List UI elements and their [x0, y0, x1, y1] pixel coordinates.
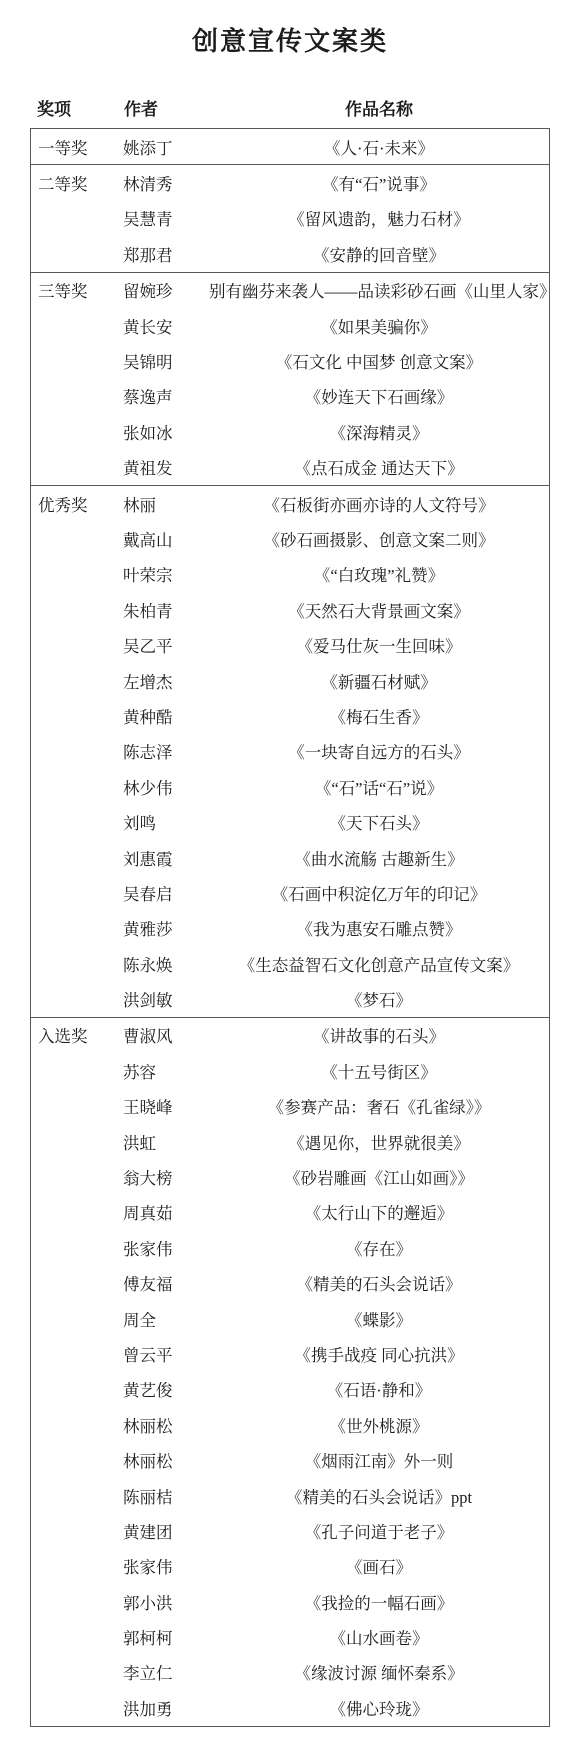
table-row: 洪虹《遇见你，世界就很美》 — [31, 1124, 549, 1159]
author-cell: 黄雅莎 — [121, 916, 209, 940]
work-cell: 《画石》 — [209, 1554, 549, 1578]
work-cell: 《遇见你，世界就很美》 — [209, 1130, 549, 1154]
table-header-row: 奖项 作者 作品名称 — [30, 100, 550, 120]
author-cell: 洪剑敏 — [121, 987, 209, 1011]
work-cell: 《我为惠安石雕点赞》 — [209, 916, 549, 940]
header-work: 作品名称 — [208, 100, 550, 120]
author-cell: 苏容 — [121, 1059, 209, 1083]
table-row: 黄种酷《梅石生香》 — [31, 698, 549, 733]
work-cell: 《“白玫瑰”礼赞》 — [209, 562, 549, 586]
author-cell: 王晓峰 — [121, 1094, 209, 1118]
table-row: 吴春启《石画中积淀亿万年的印记》 — [31, 875, 549, 910]
table-row: 黄长安《如果美骗你》 — [31, 308, 549, 343]
work-cell: 《点石成金 通达天下》 — [209, 455, 549, 479]
author-cell: 戴高山 — [121, 527, 209, 551]
author-cell: 周真茹 — [121, 1200, 209, 1224]
work-cell: 《安静的回音壁》 — [209, 242, 549, 266]
table-row: 优秀奖林丽《石板街亦画亦诗的人文符号》 — [31, 486, 549, 521]
table-row: 林丽松《世外桃源》 — [31, 1407, 549, 1442]
table-row: 翁大榜《砂岩雕画《江山如画》》 — [31, 1159, 549, 1194]
author-cell: 陈丽桔 — [121, 1484, 209, 1508]
work-cell: 《世外桃源》 — [209, 1413, 549, 1437]
award-cell: 三等奖 — [31, 278, 121, 302]
work-cell: 《石画中积淀亿万年的印记》 — [209, 881, 549, 905]
table-row: 王晓峰《参赛产品：奢石《孔雀绿》》 — [31, 1089, 549, 1124]
author-cell: 曹淑风 — [121, 1023, 209, 1047]
award-group: 二等奖林清秀《有“石”说事》吴慧青《留风遗韵，魅力石材》郑那君《安静的回音壁》 — [31, 164, 549, 271]
work-cell: 《砂石画摄影、创意文案二则》 — [209, 527, 549, 551]
author-cell: 曾云平 — [121, 1342, 209, 1366]
work-cell: 《缘波讨源 缅怀秦系》 — [209, 1660, 549, 1684]
work-cell: 《孔子问道于老子》 — [209, 1519, 549, 1543]
table-row: 吴慧青《留风遗韵，魅力石材》 — [31, 201, 549, 236]
award-cell: 优秀奖 — [31, 492, 121, 516]
work-cell: 《一块寄自远方的石头》 — [209, 739, 549, 763]
work-cell: 《生态益智石文化创意产品宣传文案》 — [209, 952, 549, 976]
table-row: 黄艺俊《石语·静和》 — [31, 1372, 549, 1407]
award-group: 一等奖姚添丁《人·石·未来》 — [31, 129, 549, 164]
table-row: 二等奖林清秀《有“石”说事》 — [31, 165, 549, 200]
author-cell: 洪虹 — [121, 1130, 209, 1154]
author-cell: 左增杰 — [121, 669, 209, 693]
award-group: 入选奖曹淑风《讲故事的石头》苏容《十五号街区》王晓峰《参赛产品：奢石《孔雀绿》》… — [31, 1017, 549, 1726]
work-cell: 《梅石生香》 — [209, 704, 549, 728]
author-cell: 吴春启 — [121, 881, 209, 905]
table-row: 李立仁《缘波讨源 缅怀秦系》 — [31, 1655, 549, 1690]
table-row: 林丽松《烟雨江南》外一则 — [31, 1442, 549, 1477]
work-cell: 《参赛产品：奢石《孔雀绿》》 — [209, 1094, 549, 1118]
work-cell: 《蝶影》 — [209, 1307, 549, 1331]
author-cell: 留婉珍 — [121, 278, 209, 302]
table-row: 左增杰《新疆石材赋》 — [31, 663, 549, 698]
work-cell: 《爱马仕灰一生回味》 — [209, 633, 549, 657]
table-row: 傅友福《精美的石头会说话》 — [31, 1266, 549, 1301]
work-cell: 《佛心玲珑》 — [209, 1696, 549, 1720]
table-row: 一等奖姚添丁《人·石·未来》 — [31, 129, 549, 164]
table-row: 叶荣宗《“白玫瑰”礼赞》 — [31, 557, 549, 592]
table-row: 三等奖留婉珍别有幽芬来袭人——品读彩砂石画《山里人家》 — [31, 273, 549, 308]
table-row: 吴锦明《石文化 中国梦 创意文案》 — [31, 343, 549, 378]
author-cell: 翁大榜 — [121, 1165, 209, 1189]
work-cell: 《深海精灵》 — [209, 420, 549, 444]
work-cell: 《精美的石头会说话》ppt — [209, 1484, 549, 1508]
work-cell: 《精美的石头会说话》 — [209, 1271, 549, 1295]
table-row: 周全《蝶影》 — [31, 1301, 549, 1336]
award-cell: 一等奖 — [31, 135, 121, 159]
header-author: 作者 — [120, 100, 208, 120]
table-row: 黄祖发《点石成金 通达天下》 — [31, 450, 549, 485]
document-page: 创意宣传文案类 奖项 作者 作品名称 一等奖姚添丁《人·石·未来》二等奖林清秀《… — [0, 0, 580, 1757]
award-group: 优秀奖林丽《石板街亦画亦诗的人文符号》戴高山《砂石画摄影、创意文案二则》叶荣宗《… — [31, 485, 549, 1017]
table-row: 郭小洪《我捡的一幅石画》 — [31, 1584, 549, 1619]
table-row: 黄建团《孔子问道于老子》 — [31, 1513, 549, 1548]
author-cell: 朱柏青 — [121, 598, 209, 622]
author-cell: 黄艺俊 — [121, 1377, 209, 1401]
table-row: 郑那君《安静的回音壁》 — [31, 236, 549, 271]
work-cell: 《十五号街区》 — [209, 1059, 549, 1083]
table-row: 吴乙平《爱马仕灰一生回味》 — [31, 627, 549, 662]
award-cell: 入选奖 — [31, 1023, 121, 1047]
author-cell: 林清秀 — [121, 171, 209, 195]
table-row: 刘鸣《天下石头》 — [31, 804, 549, 839]
table-row: 刘惠霞《曲水流觞 古趣新生》 — [31, 840, 549, 875]
work-cell: 《石板街亦画亦诗的人文符号》 — [209, 492, 549, 516]
author-cell: 张家伟 — [121, 1554, 209, 1578]
work-cell: 《讲故事的石头》 — [209, 1023, 549, 1047]
table-row: 周真茹《太行山下的邂逅》 — [31, 1195, 549, 1230]
award-group: 三等奖留婉珍别有幽芬来袭人——品读彩砂石画《山里人家》黄长安《如果美骗你》吴锦明… — [31, 272, 549, 485]
award-cell: 二等奖 — [31, 171, 121, 195]
author-cell: 郭小洪 — [121, 1590, 209, 1614]
table-row: 张如冰《深海精灵》 — [31, 414, 549, 449]
author-cell: 林丽 — [121, 492, 209, 516]
work-cell: 《留风遗韵，魅力石材》 — [209, 206, 549, 230]
table-row: 黄雅莎《我为惠安石雕点赞》 — [31, 911, 549, 946]
work-cell: 别有幽芬来袭人——品读彩砂石画《山里人家》 — [209, 278, 556, 302]
work-cell: 《携手战疫 同心抗洪》 — [209, 1342, 549, 1366]
author-cell: 陈志泽 — [121, 739, 209, 763]
work-cell: 《石文化 中国梦 创意文案》 — [209, 349, 549, 373]
work-cell: 《“石”话“石”说》 — [209, 775, 549, 799]
work-cell: 《梦石》 — [209, 987, 549, 1011]
table-row: 林少伟《“石”话“石”说》 — [31, 769, 549, 804]
work-cell: 《天下石头》 — [209, 810, 549, 834]
work-cell: 《我捡的一幅石画》 — [209, 1590, 549, 1614]
author-cell: 张家伟 — [121, 1236, 209, 1260]
table-row: 苏容《十五号街区》 — [31, 1053, 549, 1088]
author-cell: 周全 — [121, 1307, 209, 1331]
table-row: 戴高山《砂石画摄影、创意文案二则》 — [31, 521, 549, 556]
author-cell: 刘惠霞 — [121, 846, 209, 870]
author-cell: 洪加勇 — [121, 1696, 209, 1720]
work-cell: 《有“石”说事》 — [209, 171, 549, 195]
author-cell: 吴乙平 — [121, 633, 209, 657]
work-cell: 《妙连天下石画缘》 — [209, 384, 549, 408]
author-cell: 林丽松 — [121, 1413, 209, 1437]
author-cell: 吴慧青 — [121, 206, 209, 230]
table-row: 陈志泽《一块寄自远方的石头》 — [31, 734, 549, 769]
author-cell: 傅友福 — [121, 1271, 209, 1295]
author-cell: 林少伟 — [121, 775, 209, 799]
author-cell: 李立仁 — [121, 1660, 209, 1684]
author-cell: 黄建团 — [121, 1519, 209, 1543]
header-award: 奖项 — [30, 100, 120, 120]
work-cell: 《太行山下的邂逅》 — [209, 1200, 549, 1224]
author-cell: 张如冰 — [121, 420, 209, 444]
author-cell: 陈永焕 — [121, 952, 209, 976]
table-row: 陈丽桔《精美的石头会说话》ppt — [31, 1478, 549, 1513]
author-cell: 黄长安 — [121, 314, 209, 338]
work-cell: 《曲水流觞 古趣新生》 — [209, 846, 549, 870]
table-row: 朱柏青《天然石大背景画文案》 — [31, 592, 549, 627]
author-cell: 黄种酷 — [121, 704, 209, 728]
author-cell: 刘鸣 — [121, 810, 209, 834]
table-row: 洪剑敏《梦石》 — [31, 981, 549, 1016]
work-cell: 《天然石大背景画文案》 — [209, 598, 549, 622]
table-row: 曾云平《携手战疫 同心抗洪》 — [31, 1336, 549, 1371]
table-row: 张家伟《存在》 — [31, 1230, 549, 1265]
page-title: 创意宣传文案类 — [30, 24, 550, 60]
table-row: 陈永焕《生态益智石文化创意产品宣传文案》 — [31, 946, 549, 981]
work-cell: 《人·石·未来》 — [209, 135, 549, 159]
work-cell: 《烟雨江南》外一则 — [209, 1448, 549, 1472]
author-cell: 叶荣宗 — [121, 562, 209, 586]
work-cell: 《石语·静和》 — [209, 1377, 549, 1401]
author-cell: 吴锦明 — [121, 349, 209, 373]
author-cell: 郑那君 — [121, 242, 209, 266]
work-cell: 《新疆石材赋》 — [209, 669, 549, 693]
author-cell: 林丽松 — [121, 1448, 209, 1472]
work-cell: 《砂岩雕画《江山如画》》 — [209, 1165, 549, 1189]
work-cell: 《山水画卷》 — [209, 1625, 549, 1649]
table-row: 洪加勇《佛心玲珑》 — [31, 1690, 549, 1725]
table-row: 入选奖曹淑风《讲故事的石头》 — [31, 1018, 549, 1053]
author-cell: 黄祖发 — [121, 455, 209, 479]
award-table: 一等奖姚添丁《人·石·未来》二等奖林清秀《有“石”说事》吴慧青《留风遗韵，魅力石… — [30, 128, 550, 1727]
author-cell: 郭柯柯 — [121, 1625, 209, 1649]
table-row: 张家伟《画石》 — [31, 1549, 549, 1584]
author-cell: 蔡逸声 — [121, 384, 209, 408]
table-row: 郭柯柯《山水画卷》 — [31, 1619, 549, 1654]
author-cell: 姚添丁 — [121, 135, 209, 159]
table-row: 蔡逸声《妙连天下石画缘》 — [31, 379, 549, 414]
work-cell: 《存在》 — [209, 1236, 549, 1260]
work-cell: 《如果美骗你》 — [209, 314, 549, 338]
